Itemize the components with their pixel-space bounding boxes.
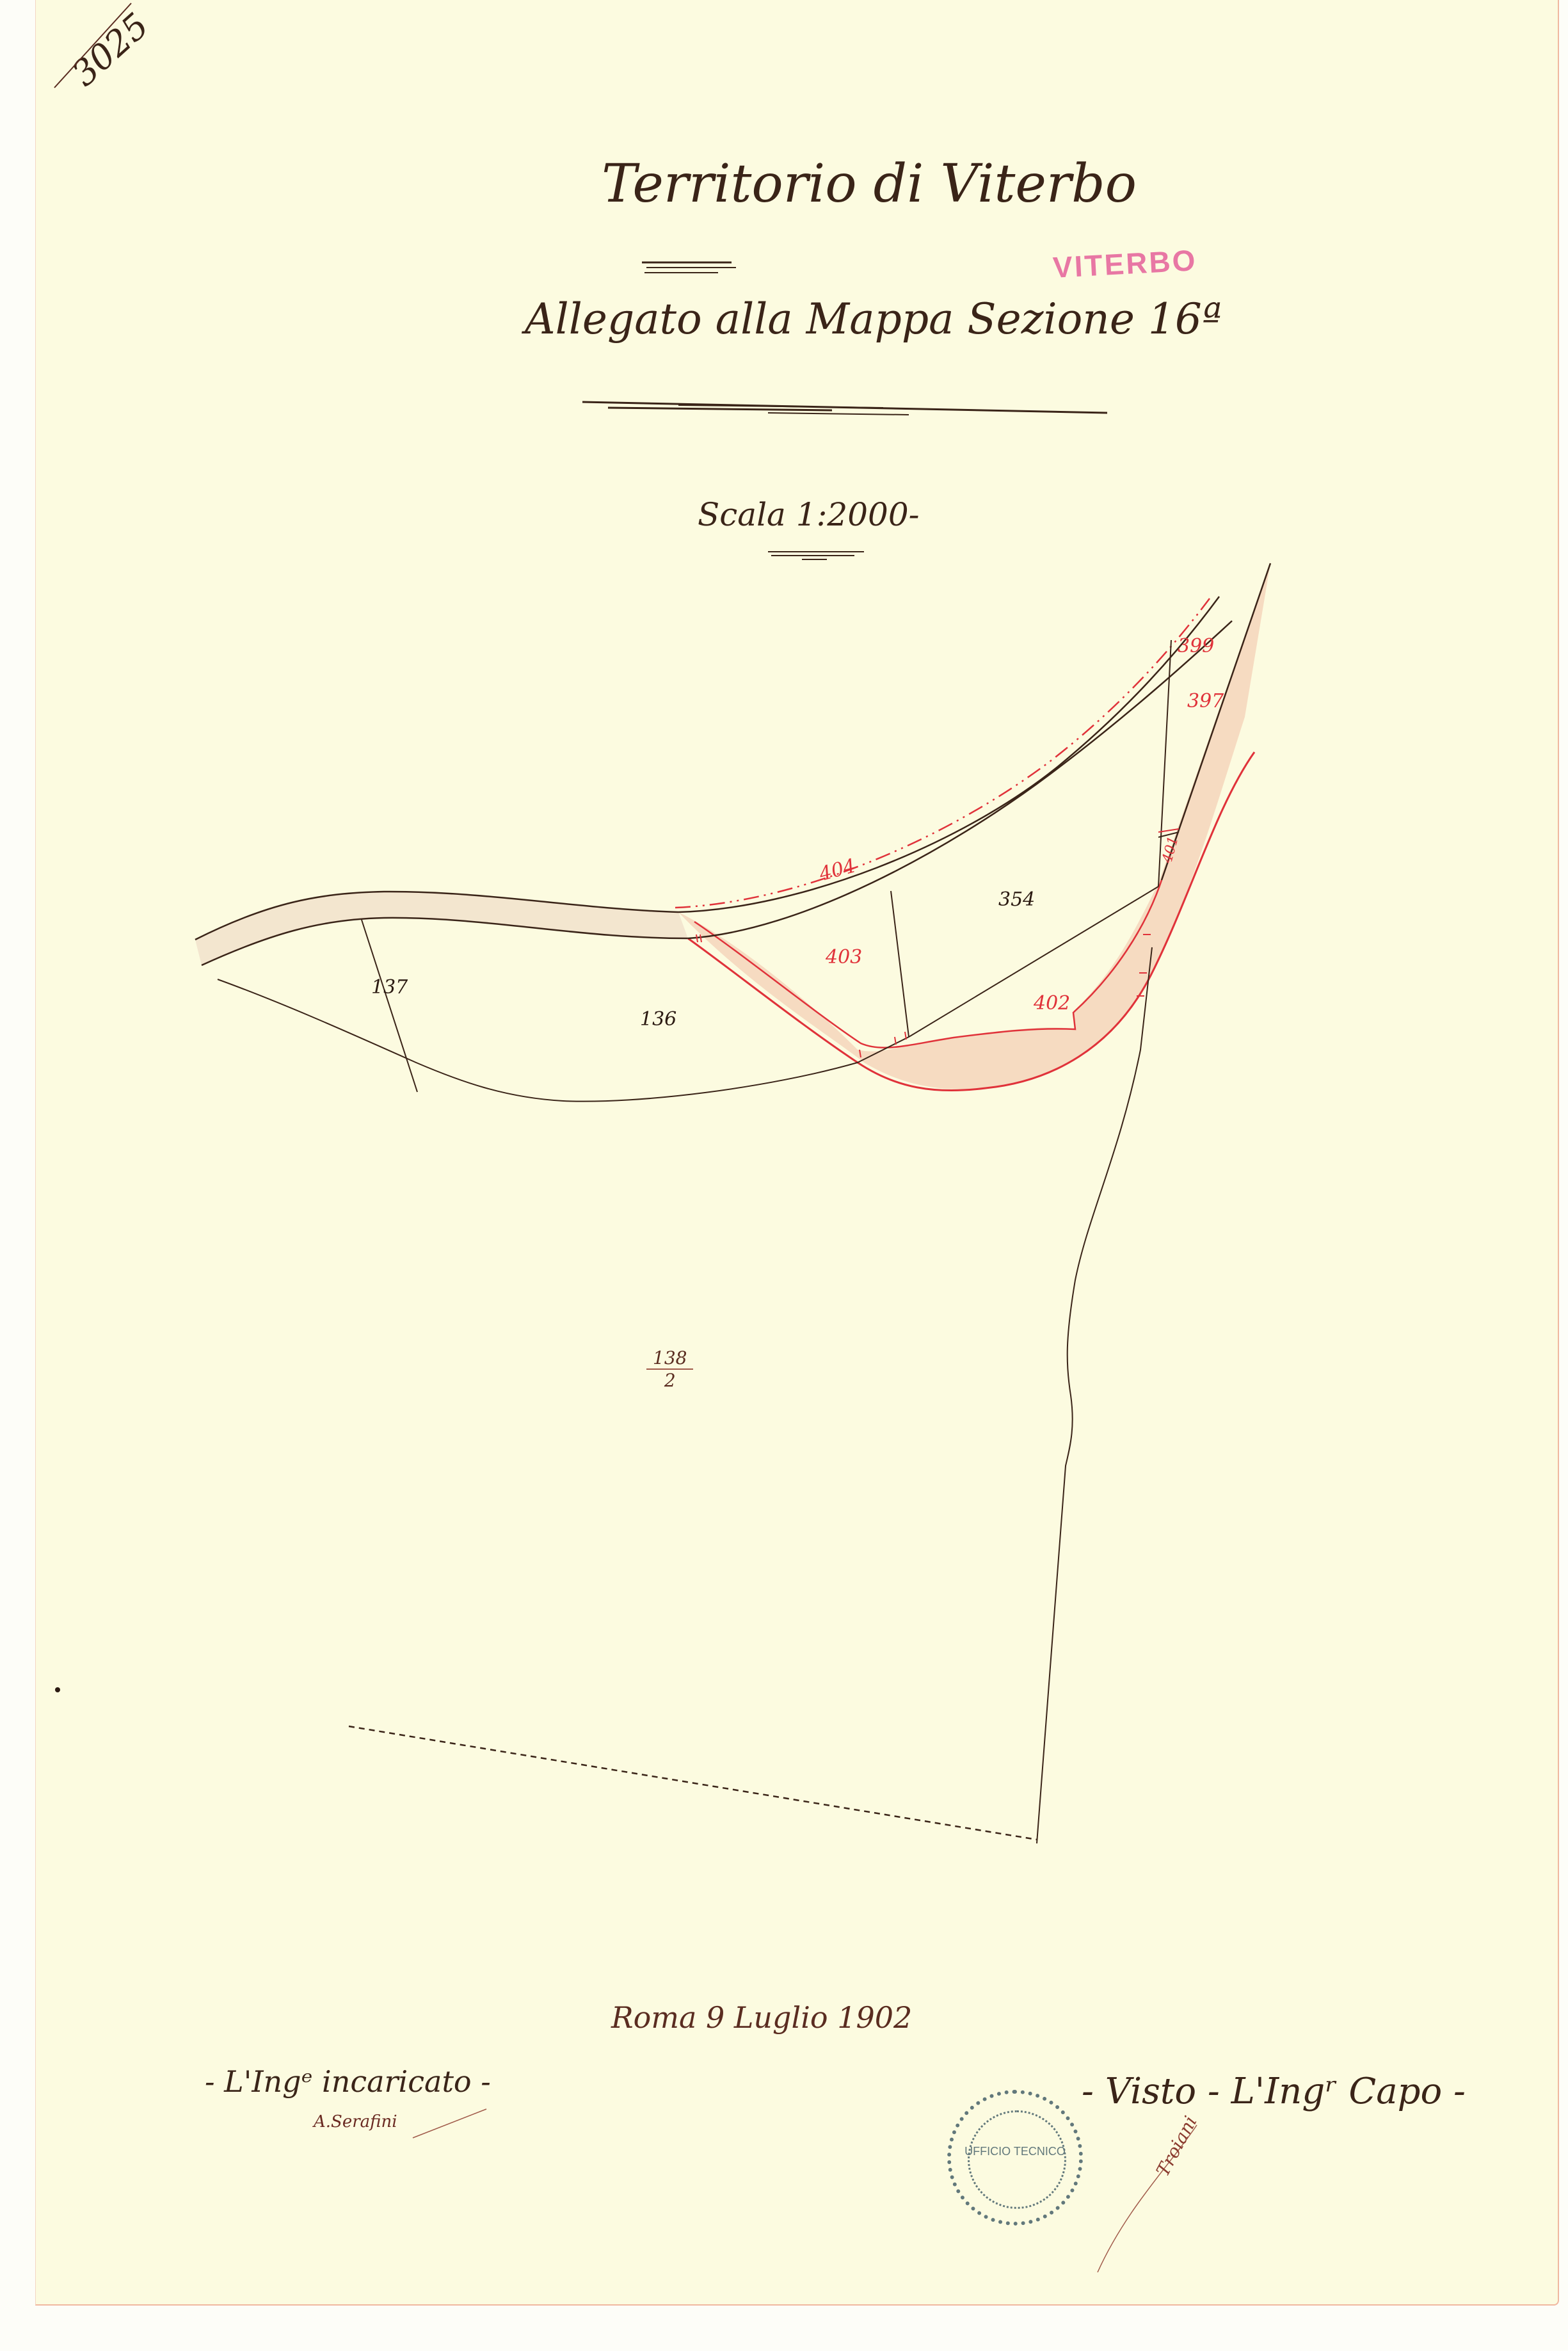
map-scale: Scala 1:2000-: [698, 496, 920, 533]
parcel-label: 397: [1187, 690, 1224, 712]
parcel-label: 403: [826, 946, 862, 968]
parcel-fraction-label: 138 2: [646, 1347, 693, 1391]
parcel-label: 354: [998, 888, 1035, 911]
parcel-label: 136: [640, 1008, 676, 1031]
engineer-label: - L'Ingᵉ incaricato -: [205, 2064, 491, 2099]
map-title: Territorio di Viterbo: [602, 154, 1137, 214]
office-seal-text: UFFICIO TECNICO: [951, 2145, 1079, 2158]
engineer-signature: A.Serafini: [314, 2112, 397, 2131]
cadastral-map: [0, 0, 1568, 2351]
parcel-label: 137: [371, 976, 408, 999]
approval-label: - Visto - L'Ingʳ Capo -: [1082, 2071, 1466, 2112]
map-subtitle: Allegato alla Mappa Sezione 16ª: [525, 294, 1222, 344]
fraction-numerator: 138: [646, 1347, 693, 1370]
fraction-denominator: 2: [664, 1370, 676, 1391]
parcel-label: 399: [1178, 635, 1214, 657]
place-date: Roma 9 Luglio 1902: [611, 2000, 912, 2035]
parcel-label: 402: [1034, 992, 1070, 1015]
office-seal-icon: UFFICIO TECNICO: [947, 2090, 1083, 2226]
